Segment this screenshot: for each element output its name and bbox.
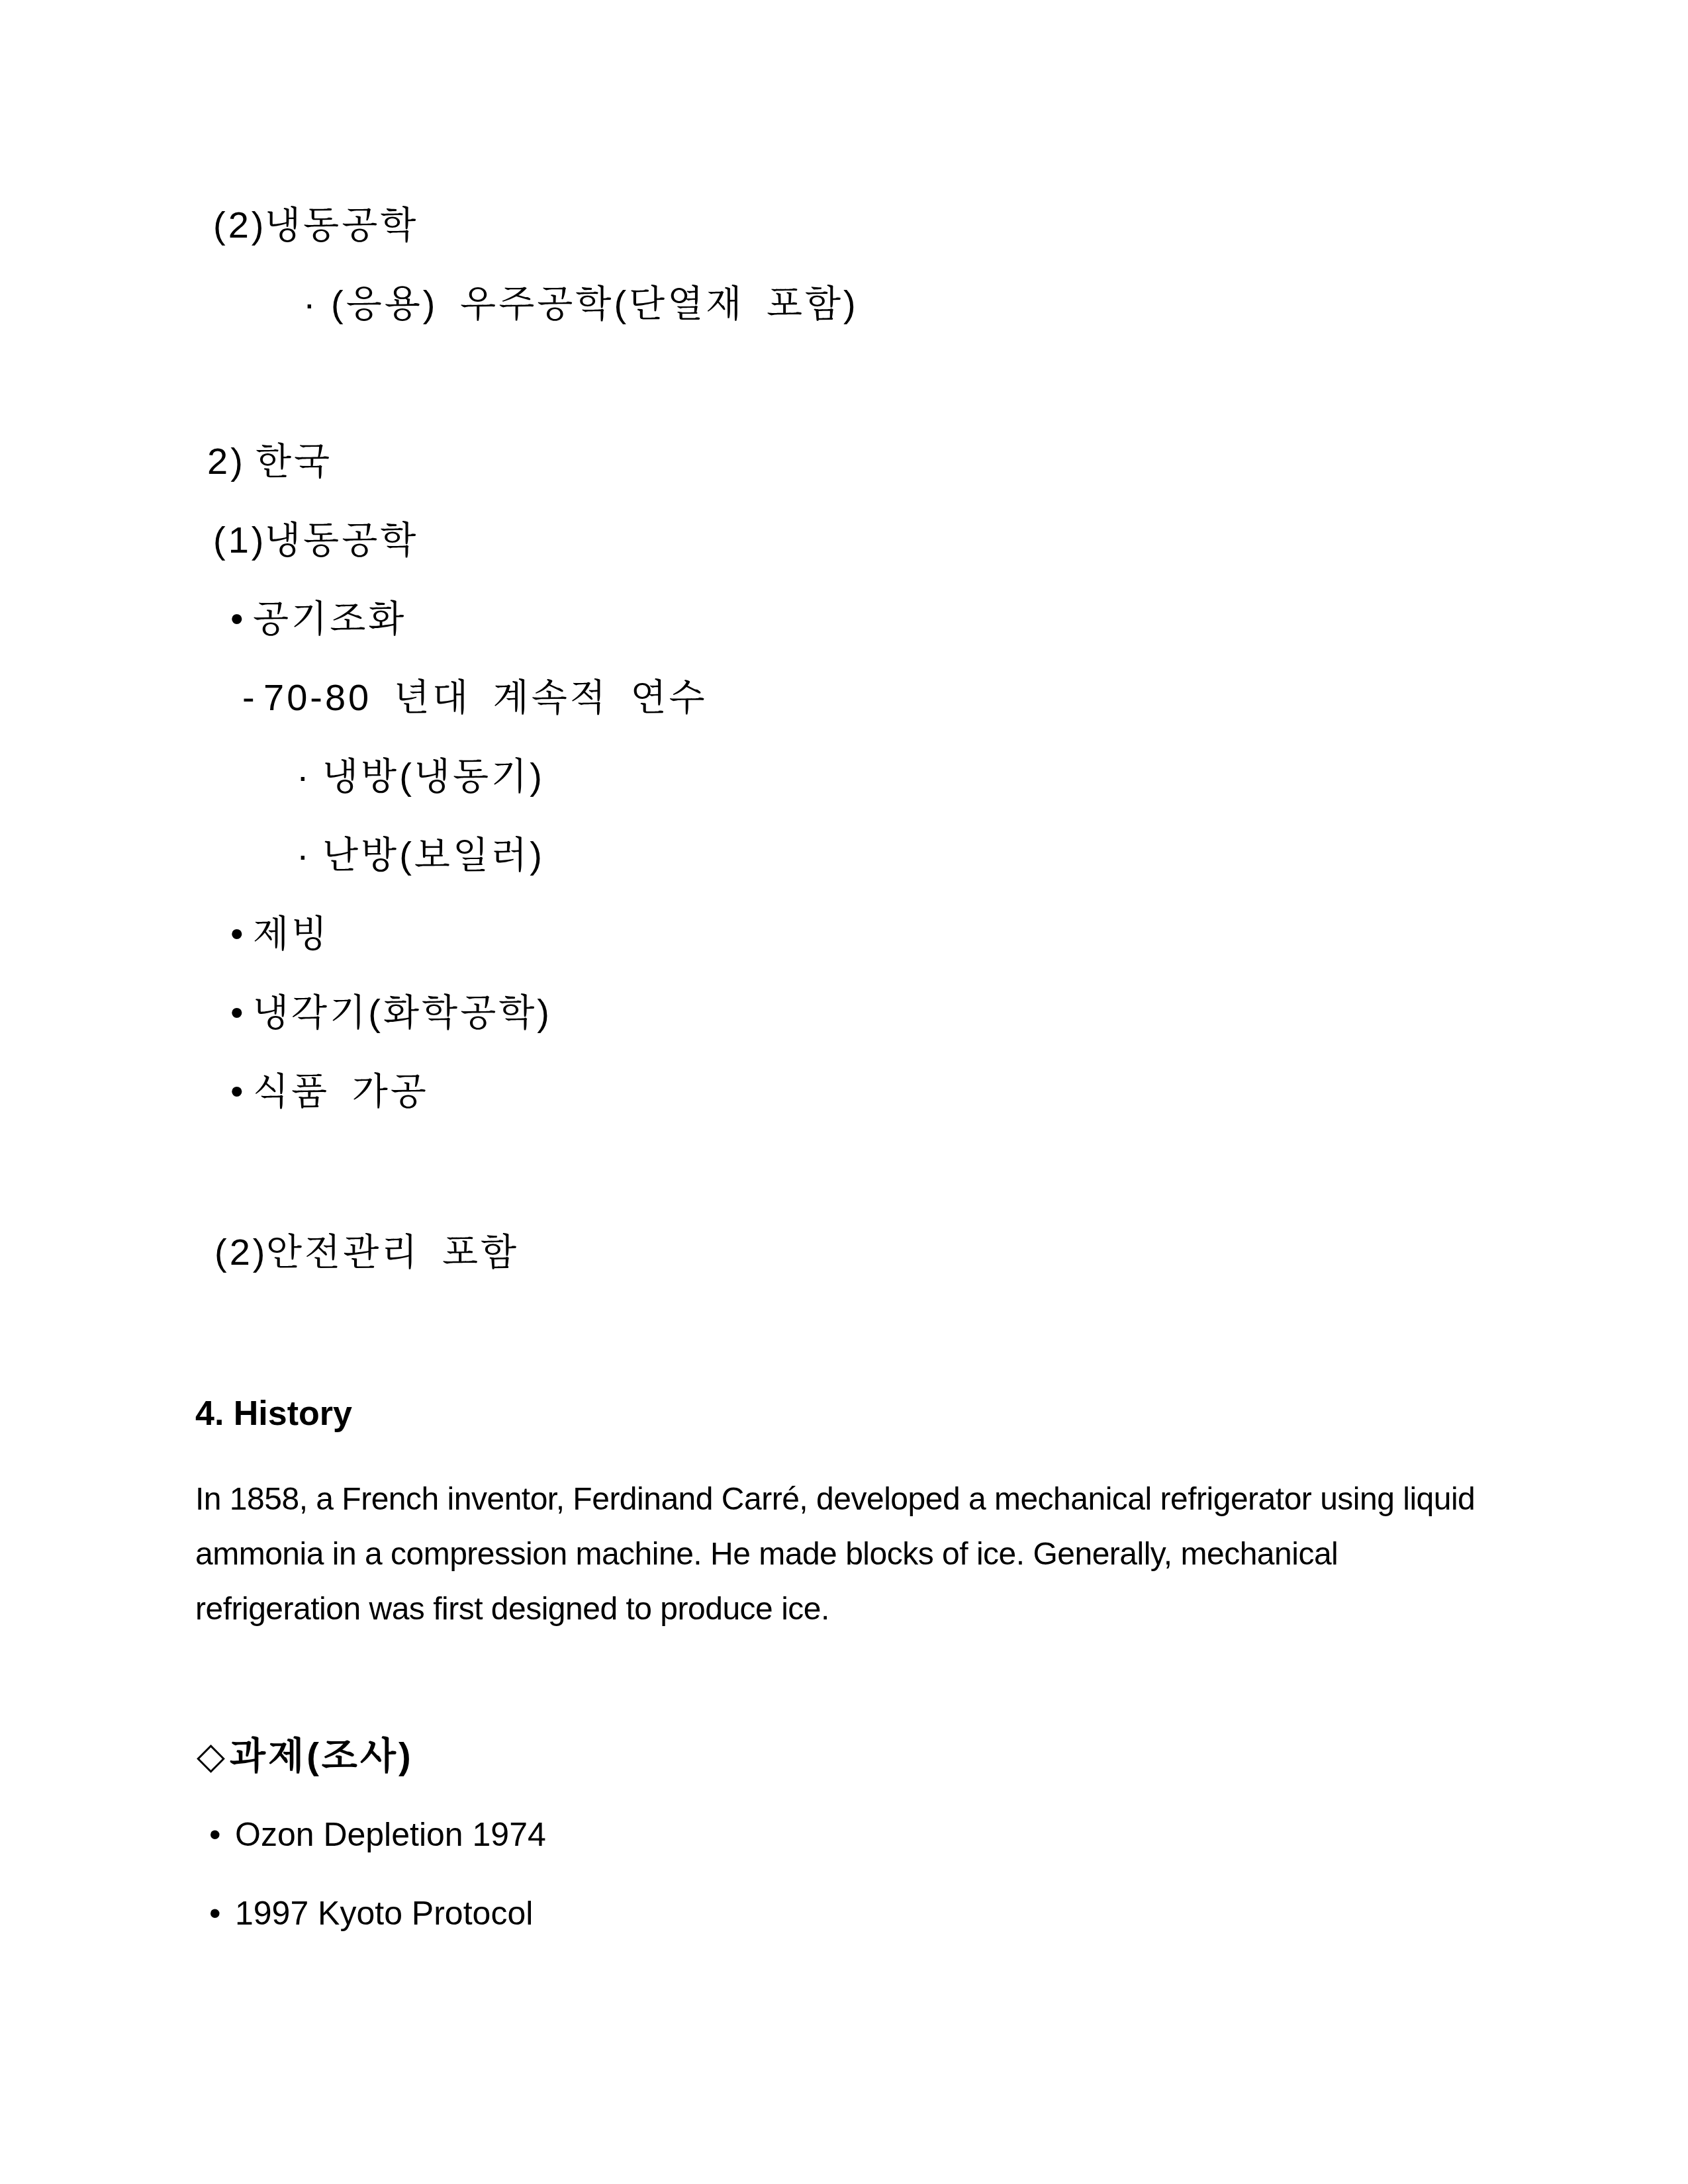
history-paragraph-line-2: ammonia in a compression machine. He mad… bbox=[195, 1527, 1338, 1582]
diamond-icon: ◇ bbox=[197, 1732, 230, 1780]
outline-item-cooling: ·냉방(냉동기) bbox=[297, 752, 545, 800]
bullet-icon: • bbox=[230, 910, 253, 958]
outline-item-ice-making: •제빙 bbox=[230, 910, 330, 958]
list-number: (2) bbox=[214, 1228, 266, 1276]
bullet-icon: • bbox=[230, 595, 253, 643]
outline-item-applied-space: ·(응용) 우주공학(단열재 포함) bbox=[303, 280, 859, 328]
history-paragraph-line-2-text: ammonia in a compression machine. He mad… bbox=[195, 1537, 1338, 1572]
outline-item-70-80-training-text: 70-80 년대 계속적 연수 bbox=[263, 676, 708, 718]
assignment-item-kyoto: •1997 Kyoto Protocol bbox=[209, 1889, 533, 1937]
list-number: (1) bbox=[213, 516, 265, 564]
list-number: 2) bbox=[207, 437, 256, 485]
outline-item-refrigeration-2-text: 냉동공학 bbox=[265, 204, 418, 246]
history-paragraph-line-1-text: In 1858, a French inventor, Ferdinand Ca… bbox=[195, 1482, 1475, 1517]
dash-icon: - bbox=[242, 674, 263, 721]
history-paragraph-line-3: refrigeration was first designed to prod… bbox=[195, 1582, 829, 1637]
outline-item-food-processing: •식품 가공 bbox=[230, 1068, 429, 1115]
outline-item-korea: 2)한국 bbox=[207, 437, 332, 485]
outline-item-refrigeration-1: (1)냉동공학 bbox=[213, 516, 418, 564]
history-heading-text: 4. History bbox=[195, 1394, 352, 1433]
middle-dot-icon: · bbox=[303, 280, 331, 328]
assignment-item-kyoto-text: 1997 Kyoto Protocol bbox=[235, 1895, 533, 1932]
assignment-heading-text: 과제(조사) bbox=[230, 1735, 414, 1776]
outline-item-air-conditioning: •공기조화 bbox=[230, 595, 406, 643]
outline-item-refrigeration-1-text: 냉동공학 bbox=[265, 519, 418, 561]
outline-item-chiller: •냉각기(화학공학) bbox=[230, 989, 552, 1036]
outline-item-safety-mgmt-text: 안전관리 포함 bbox=[266, 1231, 519, 1273]
bullet-icon: • bbox=[230, 989, 253, 1036]
outline-item-70-80-training: -70-80 년대 계속적 연수 bbox=[242, 674, 708, 721]
history-paragraph-line-3-text: refrigeration was first designed to prod… bbox=[195, 1592, 829, 1627]
list-number: (2) bbox=[213, 201, 265, 249]
bullet-icon: • bbox=[209, 1889, 235, 1937]
outline-item-ice-making-text: 제빙 bbox=[253, 913, 330, 954]
outline-item-refrigeration-2: (2)냉동공학 bbox=[213, 201, 418, 249]
outline-item-chiller-text: 냉각기(화학공학) bbox=[253, 991, 552, 1033]
outline-item-safety-mgmt: (2)안전관리 포함 bbox=[214, 1228, 519, 1276]
outline-item-heating-text: 난방(보일러) bbox=[322, 834, 545, 876]
assignment-heading: ◇과제(조사) bbox=[197, 1732, 414, 1780]
history-heading: 4. History bbox=[195, 1390, 352, 1437]
document-page: (2)냉동공학·(응용) 우주공학(단열재 포함)2)한국(1)냉동공학•공기조… bbox=[0, 0, 1688, 2184]
outline-item-cooling-text: 냉방(냉동기) bbox=[322, 755, 545, 797]
history-paragraph-line-1: In 1858, a French inventor, Ferdinand Ca… bbox=[195, 1472, 1475, 1527]
assignment-item-ozon-text: Ozon Depletion 1974 bbox=[235, 1816, 546, 1853]
outline-item-air-conditioning-text: 공기조화 bbox=[253, 598, 406, 639]
outline-item-heating: ·난방(보일러) bbox=[297, 831, 545, 879]
outline-item-food-processing-text: 식품 가공 bbox=[253, 1070, 429, 1112]
outline-item-applied-space-text: (응용) 우주공학(단열재 포함) bbox=[331, 283, 859, 324]
bullet-icon: • bbox=[230, 1068, 253, 1115]
outline-item-korea-text: 한국 bbox=[256, 440, 332, 482]
middle-dot-icon: · bbox=[297, 752, 322, 800]
assignment-item-ozon: •Ozon Depletion 1974 bbox=[209, 1811, 546, 1858]
middle-dot-icon: · bbox=[297, 831, 322, 879]
bullet-icon: • bbox=[209, 1811, 235, 1858]
